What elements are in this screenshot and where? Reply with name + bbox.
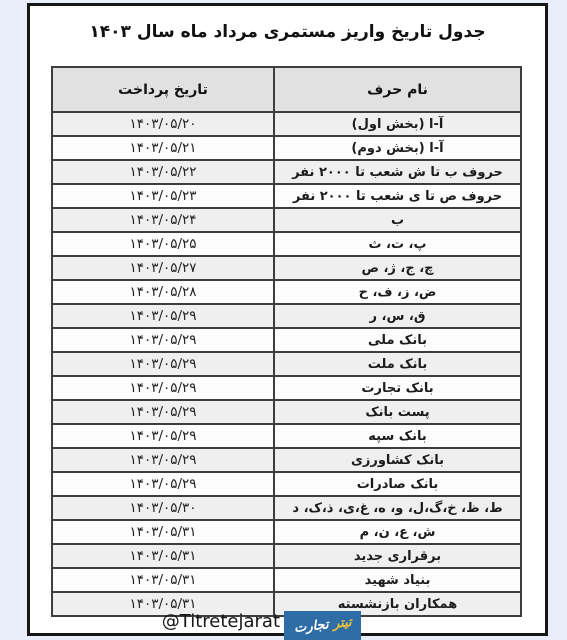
logo-word-tejarat: تجارت: [293, 617, 329, 636]
letter-name-cell: آ-ا (بخش اول): [273, 113, 520, 135]
table-row: حروف ب تا ش شعب تا ۲۰۰۰ نفر ۱۴۰۳/۰۵/۲۲: [53, 159, 520, 183]
payment-date-cell: ۱۴۰۳/۰۵/۲۹: [53, 401, 273, 423]
document-page: { "page": { "title": "جدول تاریخ واریز م…: [0, 0, 567, 640]
payment-date-cell: ۱۴۰۳/۰۵/۳۱: [53, 569, 273, 591]
column-header-letter-name: نام حرف: [273, 68, 520, 111]
letter-name-cell: بانک صادرات: [273, 473, 520, 495]
payment-date-cell: ۱۴۰۳/۰۵/۳۰: [53, 497, 273, 519]
table-row: آ-ا (بخش دوم) ۱۴۰۳/۰۵/۲۱: [53, 135, 520, 159]
payment-schedule-table: نام حرف تاریخ پرداخت آ-ا (بخش اول) ۱۴۰۳/…: [51, 66, 522, 617]
table-row: بانک سپه ۱۴۰۳/۰۵/۲۹: [53, 423, 520, 447]
column-header-payment-date: تاریخ پرداخت: [53, 68, 273, 111]
table-row: پست بانک ۱۴۰۳/۰۵/۲۹: [53, 399, 520, 423]
payment-date-cell: ۱۴۰۳/۰۵/۲۹: [53, 353, 273, 375]
payment-date-cell: ۱۴۰۳/۰۵/۲۰: [53, 113, 273, 135]
table-row: چ، ج، ژ، ص ۱۴۰۳/۰۵/۲۷: [53, 255, 520, 279]
letter-name-cell: ب: [273, 209, 520, 231]
letter-name-cell: ق، س، ر: [273, 305, 520, 327]
letter-name-cell: پست بانک: [273, 401, 520, 423]
letter-name-cell: آ-ا (بخش دوم): [273, 137, 520, 159]
letter-name-cell: حروف ب تا ش شعب تا ۲۰۰۰ نفر: [273, 161, 520, 183]
payment-date-cell: ۱۴۰۳/۰۵/۲۱: [53, 137, 273, 159]
letter-name-cell: چ، ج، ژ، ص: [273, 257, 520, 279]
payment-date-cell: ۱۴۰۳/۰۵/۳۱: [53, 521, 273, 543]
table-row: بانک کشاورزی ۱۴۰۳/۰۵/۲۹: [53, 447, 520, 471]
payment-date-cell: ۱۴۰۳/۰۵/۲۴: [53, 209, 273, 231]
payment-date-cell: ۱۴۰۳/۰۵/۲۹: [53, 449, 273, 471]
letter-name-cell: ض، ز، ف، ح: [273, 281, 520, 303]
payment-date-cell: ۱۴۰۳/۰۵/۲۵: [53, 233, 273, 255]
logo-calligraphy: تیتر تجارت: [293, 615, 352, 636]
payment-date-cell: ۱۴۰۳/۰۵/۳۱: [53, 545, 273, 567]
payment-date-cell: ۱۴۰۳/۰۵/۲۹: [53, 473, 273, 495]
table-row: پ، ت، ث ۱۴۰۳/۰۵/۲۵: [53, 231, 520, 255]
table-row: بنیاد شهید ۱۴۰۳/۰۵/۳۱: [53, 567, 520, 591]
channel-watermark: @Titretejarat: [160, 611, 280, 632]
table-row: برقراری جدید ۱۴۰۳/۰۵/۳۱: [53, 543, 520, 567]
table-row: بانک ملت ۱۴۰۳/۰۵/۲۹: [53, 351, 520, 375]
titre-tejarat-logo: تیتر تجارت: [284, 611, 361, 640]
letter-name-cell: بانک ملی: [273, 329, 520, 351]
letter-name-cell: بانک ملت: [273, 353, 520, 375]
letter-name-cell: پ، ت، ث: [273, 233, 520, 255]
payment-date-cell: ۱۴۰۳/۰۵/۲۳: [53, 185, 273, 207]
letter-name-cell: بنیاد شهید: [273, 569, 520, 591]
payment-date-cell: ۱۴۰۳/۰۵/۲۲: [53, 161, 273, 183]
payment-date-cell: ۱۴۰۳/۰۵/۲۹: [53, 377, 273, 399]
letter-name-cell: برقراری جدید: [273, 545, 520, 567]
table-row: ض، ز، ف، ح ۱۴۰۳/۰۵/۲۸: [53, 279, 520, 303]
table-row: ش، ع، ن، م ۱۴۰۳/۰۵/۳۱: [53, 519, 520, 543]
table-row: بانک صادرات ۱۴۰۳/۰۵/۲۹: [53, 471, 520, 495]
payment-date-cell: ۱۴۰۳/۰۵/۲۸: [53, 281, 273, 303]
letter-name-cell: بانک کشاورزی: [273, 449, 520, 471]
table-row: ق، س، ر ۱۴۰۳/۰۵/۲۹: [53, 303, 520, 327]
payment-date-cell: ۱۴۰۳/۰۵/۲۷: [53, 257, 273, 279]
table-row: بانک تجارت ۱۴۰۳/۰۵/۲۹: [53, 375, 520, 399]
table-row: حروف ص تا ی شعب تا ۲۰۰۰ نفر ۱۴۰۳/۰۵/۲۳: [53, 183, 520, 207]
payment-date-cell: ۱۴۰۳/۰۵/۲۹: [53, 329, 273, 351]
letter-name-cell: ش، ع، ن، م: [273, 521, 520, 543]
table-row: بانک ملی ۱۴۰۳/۰۵/۲۹: [53, 327, 520, 351]
letter-name-cell: ط، ظ، خ،گ،ل، و، ه، غ،ی، ذ،ک، د: [273, 497, 520, 519]
page-title: جدول تاریخ واریز مستمری مرداد ماه سال ۱۴…: [30, 22, 545, 42]
table-row: آ-ا (بخش اول) ۱۴۰۳/۰۵/۲۰: [53, 111, 520, 135]
logo-word-titr: تیتر: [332, 615, 352, 632]
letter-name-cell: بانک تجارت: [273, 377, 520, 399]
table-body: آ-ا (بخش اول) ۱۴۰۳/۰۵/۲۰ آ-ا (بخش دوم) ۱…: [53, 111, 520, 615]
payment-date-cell: ۱۴۰۳/۰۵/۲۹: [53, 425, 273, 447]
letter-name-cell: بانک سپه: [273, 425, 520, 447]
table-row: ب ۱۴۰۳/۰۵/۲۴: [53, 207, 520, 231]
payment-date-cell: ۱۴۰۳/۰۵/۲۹: [53, 305, 273, 327]
table-header-row: نام حرف تاریخ پرداخت: [53, 68, 520, 111]
letter-name-cell: حروف ص تا ی شعب تا ۲۰۰۰ نفر: [273, 185, 520, 207]
table-row: ط، ظ، خ،گ،ل، و، ه، غ،ی، ذ،ک، د ۱۴۰۳/۰۵/۳…: [53, 495, 520, 519]
